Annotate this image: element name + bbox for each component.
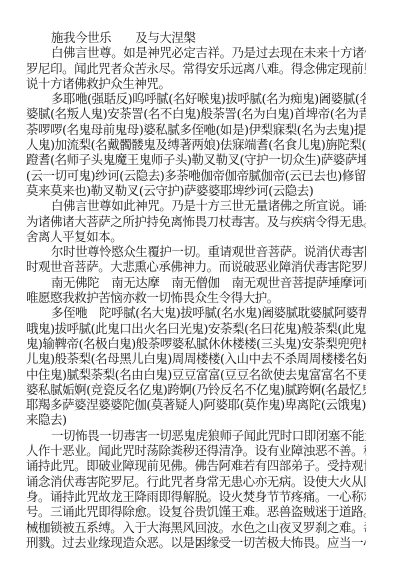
text-line: 多耶咃(强聒反)呜呼腻(名好喉鬼)拔呼腻(名为痴鬼)阇婆腻(名怕人鬼)耽 [26,91,366,106]
text-line: 唯愿愍我救护苦恼亦救一切怖畏众生令得大护。 [26,290,366,305]
text-line: 婆私腻姤婀(竞瓷反名亿鬼)跨婀(乃铃反名不亿鬼)腻跨婀(名最忆鬼)萨婆阿婆 [26,382,366,397]
text-line: 荼啰啰(名鬼母前鬼母)婆私腻多侄咃(如是)伊梨寐梨(名为去鬼)提梨首梨(名叛 [26,122,366,137]
text-line: 白佛言世尊。如是神咒必定吉祥。乃是过去现在未来十方诸佛大慈大悲陀 [26,45,366,60]
text-line: 鬼)输鞞帝(名极白鬼)般荼啰婆私腻休休楼楼(三头鬼)安荼梨兜兜楼楼(名三头 [26,336,366,351]
text-line: 诵念消伏毒害陀罗尼。行此咒者身常无患心亦无病。设使大火从四面来焚烧己 [26,474,366,489]
text-line: 婆腻(名叛人鬼)安荼詈(名不白鬼)般荼詈(名为白鬼)首埤帝(名为青鬼)般般荼 [26,106,366,121]
text-line: 蹬耆(名师子头鬼魔王鬼师子头)勒叉勒叉(守护一切众生)萨婆萨埵萨婆婆耶埤 [26,152,366,167]
text-line: 舍离人平复如本。 [26,229,366,244]
text-line: (云一切可鬼)纱诃(云隐去)多荼咃伽帝伽帝腻伽帝(云已去也)修留吐修留吡(去 [26,168,366,183]
text-line: 人鬼)加流梨(名戴髑髅鬼及缚著两娘)佉寐端耆(名食儿鬼)旃陀梨(名抗人鬼)摩 [26,137,366,152]
text-line: 哦鬼)拔呼腻(此鬼口出火名曰光鬼)安荼梨(名曰花鬼)般荼梨(此鬼身白名曰白 [26,321,366,336]
text-line: 中住鬼)腻梨荼梨(名由白鬼)豆豆富富(豆豆名欲使去鬼富富名不更来鬼)般荼啰 [26,367,366,382]
text-line: 儿鬼)般荼梨(名母黑儿白鬼)周周楼楼(入山中去不杀周周楼楼名好偷人小儿山 [26,351,366,366]
text-line: 为诸佛诸大菩萨之所护持免离怖畏刀杖毒害。及与疾病令得无患。说是语时毗 [26,214,366,229]
text-line: 白佛言世尊如此神咒。乃是十方三世无量诸佛之所宣说。诵持此咒者。常 [26,198,366,213]
text-line: 号。三诵此咒即得除愈。设复谷贵饥馑王难。恶兽盗贼迷于道路。牢狱系闭杻 [26,504,366,519]
text-line: 说十方诸佛救护众生神咒。 [26,76,366,91]
text-line: 一切怖畏一切毒害一切恶鬼虎狼师子闻此咒时口即闭塞不能为害。破梵行 [26,428,366,443]
text-line: 罗尼印。闻此咒者众苦永尽。常得安乐远离八难。得念佛定现前见佛。我今当 [26,61,366,76]
text-line: 施我今世乐 及与大涅槃 [26,30,366,45]
text-line: 莫来莫来也)勒叉勒叉(云守护)萨婆婆耶埤纱诃(云隐去) [26,183,366,198]
text-line: 身。诵持此咒故龙王降雨即得解脱。设火焚身节节疼痛。一心称观世音菩萨名 [26,489,366,504]
page-number: - 2 - [0,539,398,549]
text-line: 尔时世尊怜愍众生覆护一切。重请观世音菩萨。说消伏毒害陀罗尼咒。尔 [26,244,366,259]
text-line: 时观世音菩萨。大悲熏心承佛神力。而说破恶业障消伏毒害陀罗尼咒。 [26,259,366,274]
document-page: 施我今世乐 及与大涅槃白佛言世尊。如是神咒必定吉祥。乃是过去现在未来十方诸佛大慈… [26,30,366,550]
text-line: 械枷锁被五系缚。入于大海黑风回波。水色之山夜叉罗刹之难。毒药刀剑临当 [26,520,366,535]
text-line: 耶羯多萨婆涅婆婆陀伽(莫著疑人)阿婆耶(莫作鬼)卑离陀(云饿鬼)闭殿婆诃(莫 [26,397,366,412]
text-line: 南无佛陀 南无达摩 南无僧伽 南无观世音菩提萨埵摩诃萨埵大慈大悲 [26,275,366,290]
text-line: 来隐去) [26,412,366,427]
text-line: 诵持此咒。即破业障现前见佛。佛告阿难若有四部弟子。受持观世音菩萨名。 [26,458,366,473]
text-line: 人作十恶业。闻此咒时荡除粪秽还得清净。设有业障浊恶不善。称观世音菩萨 [26,443,366,458]
text-line: 多侄咃 陀呼腻(名大鬼)拔呼腻(名水鬼)阇婆腻耽婆腻阿婆帮(虚抵反名人 [26,305,366,320]
